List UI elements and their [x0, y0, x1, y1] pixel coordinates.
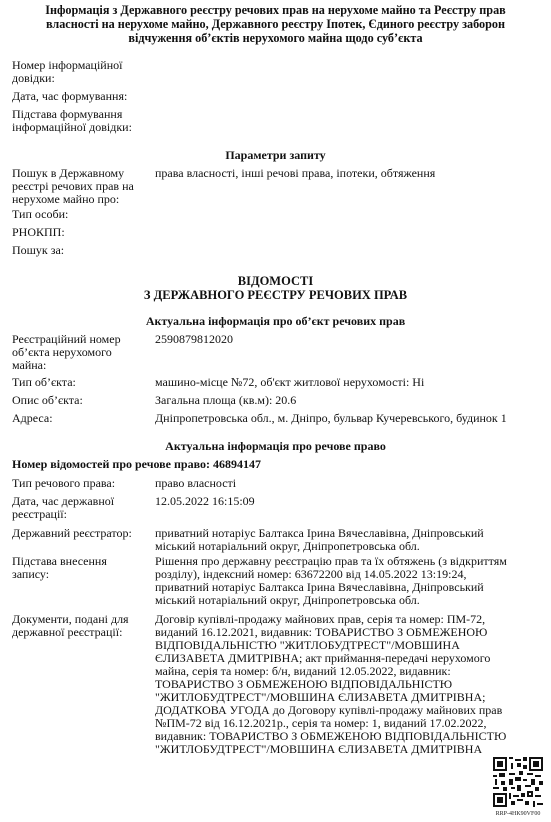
object-address-label: Адреса:: [12, 412, 147, 425]
title-line: власності на нерухоме майно, Державного …: [0, 17, 551, 31]
query-person-type-label: Тип особи:: [12, 208, 147, 221]
right-basis-label: Підстава внесення запису:: [12, 555, 147, 581]
object-address-value: Дніпропетровська обл., м. Дніпро, бульва…: [155, 412, 540, 425]
info-number-label: Номер інформаційної довідки:: [12, 59, 147, 85]
right-documents-label: Документи, подані для державної реєстрац…: [12, 613, 147, 639]
object-description-value: Загальна площа (кв.м): 20.6: [155, 394, 540, 407]
heading-line: З ДЕРЖАВНОГО РЕЄСТРУ РЕЧОВИХ ПРАВ: [0, 288, 551, 302]
right-registrar-label: Державний реєстратор:: [12, 527, 152, 540]
label-line: запису:: [12, 568, 147, 581]
right-documents-value: Договір купівлі-продажу майнових прав, с…: [155, 613, 540, 756]
value-line: "ЖИТЛОБУДТРЕСТ"/МОВШИНА ЄЛИЗАВЕТА ДМИТРІ…: [155, 743, 540, 756]
document-title: Інформація з Державного реєстру речових …: [0, 3, 551, 45]
label-line: довідки:: [12, 72, 147, 85]
right-type-value: право власності: [155, 477, 540, 490]
object-type-value: машино-місце №72, об'єкт житлової нерухо…: [155, 376, 540, 389]
label-line: майна:: [12, 359, 147, 372]
info-datetime-label: Дата, час формування:: [12, 90, 152, 103]
object-description-label: Опис об’єкта:: [12, 394, 147, 407]
right-type-label: Тип речового права:: [12, 477, 147, 490]
query-search-label: Пошук в Державному реєстрі речових прав …: [12, 167, 147, 206]
right-reg-datetime-value: 12.05.2022 16:15:09: [155, 495, 540, 508]
qr-code-icon: [493, 757, 543, 807]
right-basis-value: Рішення про державну реєстрацію прав та …: [155, 555, 540, 607]
label-line: державної реєстрації:: [12, 626, 147, 639]
object-reg-number-value: 2590879812020: [155, 333, 540, 346]
document-code: RRP-4HK90VF00: [486, 811, 550, 818]
right-heading: Актуальна інформація про речове право: [0, 440, 551, 453]
label-line: інформаційної довідки:: [12, 121, 147, 134]
label-line: нерухоме майно про:: [12, 193, 147, 206]
right-record-number: Номер відомостей про речове право: 46894…: [12, 458, 542, 471]
object-type-label: Тип об’єкта:: [12, 376, 147, 389]
right-reg-datetime-label: Дата, час державної реєстрації:: [12, 495, 147, 521]
value-line: міський нотаріальний округ, Дніпропетров…: [155, 594, 540, 607]
title-line: відчуження об’єктів нерухомого майна щод…: [0, 31, 551, 45]
query-rnokpp-label: РНОКПП:: [12, 226, 147, 239]
right-registrar-value: приватний нотаріус Балтакса Ірина Вячесл…: [155, 527, 540, 553]
info-basis-label: Підстава формування інформаційної довідк…: [12, 108, 147, 134]
heading-line: ВІДОМОСТІ: [0, 274, 551, 288]
object-reg-number-label: Реєстраційний номер об’єкта нерухомого м…: [12, 333, 147, 372]
label-line: реєстрації:: [12, 508, 147, 521]
title-line: Інформація з Державного реєстру речових …: [0, 3, 551, 17]
value-line: міський нотаріальний округ, Дніпропетров…: [155, 540, 540, 553]
register-heading: ВІДОМОСТІ З ДЕРЖАВНОГО РЕЄСТРУ РЕЧОВИХ П…: [0, 274, 551, 302]
query-heading: Параметри запиту: [0, 149, 551, 162]
query-search-value: права власності, інші речові права, іпот…: [155, 167, 540, 180]
object-heading: Актуальна інформація про об’єкт речових …: [0, 315, 551, 328]
query-search-by-label: Пошук за:: [12, 244, 147, 257]
